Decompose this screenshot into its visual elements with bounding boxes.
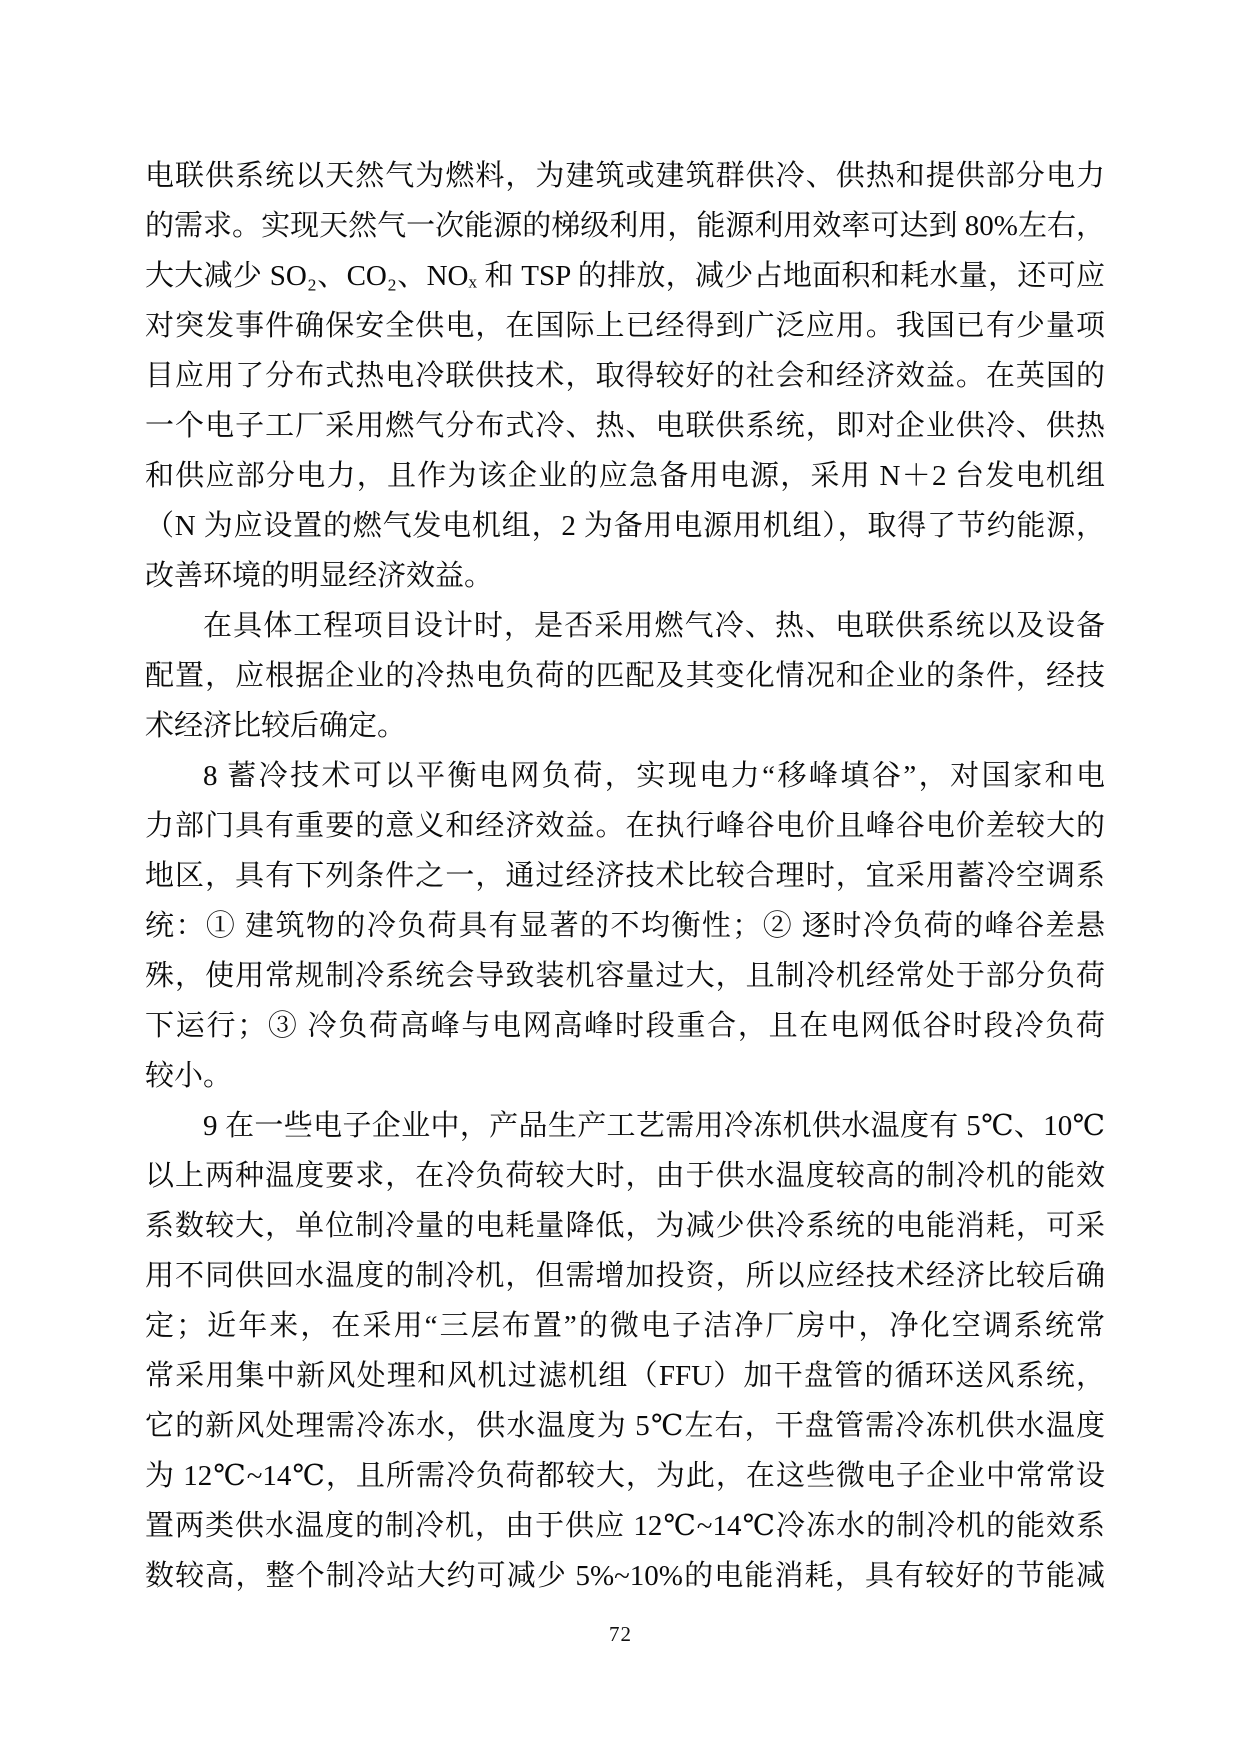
text-line: 常采用集中新风处理和风机过滤机组（FFU）加干盘管的循环送风系统，	[145, 1351, 1105, 1401]
text-line: 以上两种温度要求，在冷负荷较大时，由于供水温度较高的制冷机的能效	[145, 1151, 1105, 1201]
text-line: 一个电子工厂采用燃气分布式冷、热、电联供系统，即对企业供冷、供热	[145, 401, 1105, 451]
text-line: 配置，应根据企业的冷热电负荷的匹配及其变化情况和企业的条件，经技	[145, 651, 1105, 701]
page-number: 72	[609, 1622, 632, 1646]
body-text: 电联供系统以天然气为燃料，为建筑或建筑群供冷、供热和提供部分电力 的需求。实现天…	[145, 151, 1105, 1601]
text-line: 置两类供水温度的制冷机，由于供应 12℃~14℃冷冻水的制冷机的能效系	[145, 1501, 1105, 1551]
paragraph: 9 在一些电子企业中，产品生产工艺需用冷冻机供水温度有 5℃、10℃ 以上两种温…	[145, 1101, 1105, 1601]
text-line: 在具体工程项目设计时，是否采用燃气冷、热、电联供系统以及设备	[145, 601, 1105, 651]
text-line: 和供应部分电力，且作为该企业的应急备用电源，采用 N＋2 台发电机组	[145, 451, 1105, 501]
text-line: 术经济比较后确定。	[145, 701, 1105, 751]
text-line: 它的新风处理需冷冻水，供水温度为 5℃左右，干盘管需冷冻机供水温度	[145, 1401, 1105, 1451]
text-line: 8 蓄冷技术可以平衡电网负荷，实现电力“移峰填谷”，对国家和电	[145, 751, 1105, 801]
text-line: 9 在一些电子企业中，产品生产工艺需用冷冻机供水温度有 5℃、10℃	[145, 1101, 1105, 1151]
text-line: 数较高，整个制冷站大约可减少 5%~10%的电能消耗，具有较好的节能减	[145, 1551, 1105, 1601]
text-line: 电联供系统以天然气为燃料，为建筑或建筑群供冷、供热和提供部分电力	[145, 151, 1105, 201]
text-line: （N 为应设置的燃气发电机组，2 为备用电源用机组），取得了节约能源，	[145, 501, 1105, 551]
text-line: 地区，具有下列条件之一，通过经济技术比较合理时，宜采用蓄冷空调系	[145, 851, 1105, 901]
text-line: 力部门具有重要的意义和经济效益。在执行峰谷电价且峰谷电价差较大的	[145, 801, 1105, 851]
text-line: 对突发事件确保安全供电，在国际上已经得到广泛应用。我国已有少量项	[145, 301, 1105, 351]
text-line: 统：① 建筑物的冷负荷具有显著的不均衡性；② 逐时冷负荷的峰谷差悬	[145, 901, 1105, 951]
text-line: 较小。	[145, 1051, 1105, 1101]
text-line: 改善环境的明显经济效益。	[145, 551, 1105, 601]
text-line: 殊，使用常规制冷系统会导致装机容量过大，且制冷机经常处于部分负荷	[145, 951, 1105, 1001]
text-line: 定；近年来，在采用“三层布置”的微电子洁净厂房中，净化空调系统常	[145, 1301, 1105, 1351]
text-line: 的需求。实现天然气一次能源的梯级利用，能源利用效率可达到 80%左右，	[145, 201, 1105, 251]
paragraph: 在具体工程项目设计时，是否采用燃气冷、热、电联供系统以及设备 配置，应根据企业的…	[145, 601, 1105, 751]
document-page: 电联供系统以天然气为燃料，为建筑或建筑群供冷、供热和提供部分电力 的需求。实现天…	[0, 0, 1241, 1754]
text-line: 为 12℃~14℃，且所需冷负荷都较大，为此，在这些微电子企业中常常设	[145, 1451, 1105, 1501]
text-line: 大大减少 SO₂、CO₂、NOₓ 和 TSP 的排放，减少占地面积和耗水量，还可…	[145, 251, 1105, 301]
text-line: 下运行；③ 冷负荷高峰与电网高峰时段重合，且在电网低谷时段冷负荷	[145, 1001, 1105, 1051]
text-line: 目应用了分布式热电冷联供技术，取得较好的社会和经济效益。在英国的	[145, 351, 1105, 401]
text-line: 系数较大，单位制冷量的电耗量降低，为减少供冷系统的电能消耗，可采	[145, 1201, 1105, 1251]
paragraph: 8 蓄冷技术可以平衡电网负荷，实现电力“移峰填谷”，对国家和电 力部门具有重要的…	[145, 751, 1105, 1101]
paragraph: 电联供系统以天然气为燃料，为建筑或建筑群供冷、供热和提供部分电力 的需求。实现天…	[145, 151, 1105, 601]
page-footer: 72	[0, 1622, 1241, 1647]
text-line: 用不同供回水温度的制冷机，但需增加投资，所以应经技术经济比较后确	[145, 1251, 1105, 1301]
